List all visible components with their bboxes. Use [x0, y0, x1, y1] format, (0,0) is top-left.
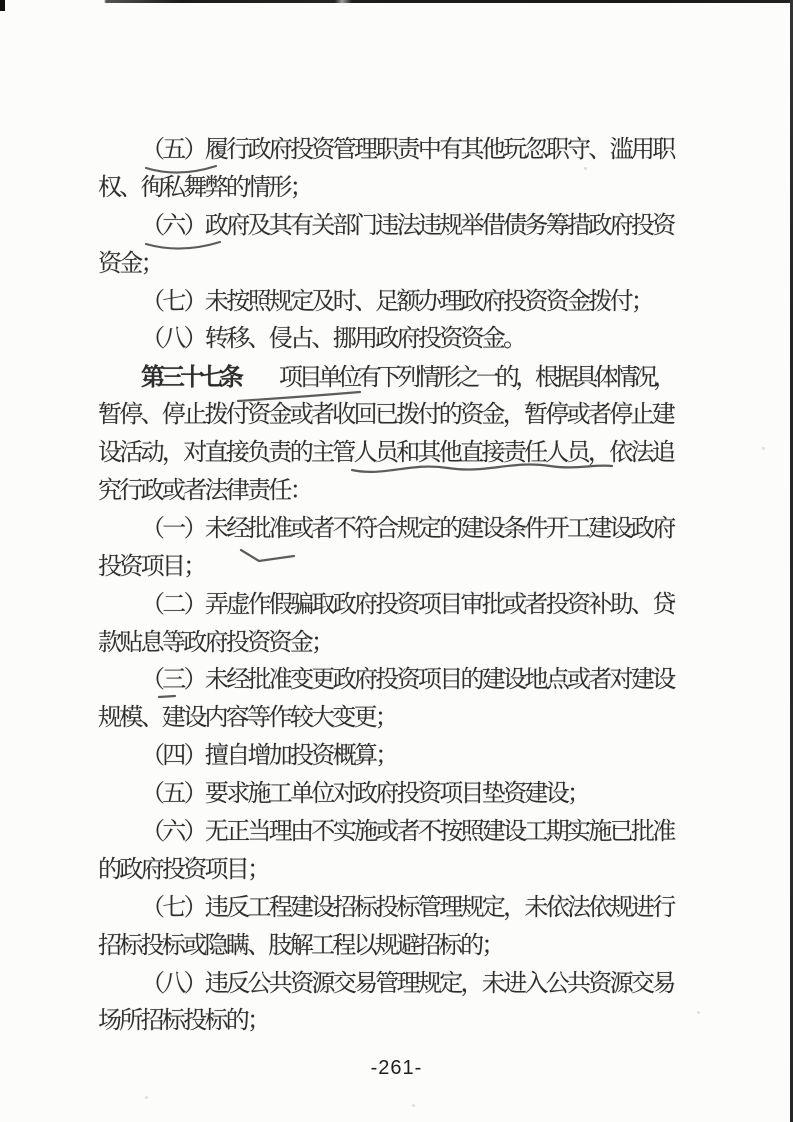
body-text: （五）履行政府投资管理职责中有其他玩忽职守、滥用职 权、徇私舞弊的情形； （六）… — [98, 131, 718, 1040]
text-line: 资金； — [98, 245, 718, 283]
text-line: 究行政或者法律责任： — [98, 472, 718, 510]
text-line: （八）违反公共资源交易管理规定，未进入公共资源交易 — [98, 965, 718, 1003]
scan-edge-top — [0, 0, 793, 3]
text-line: （二）弄虚作假骗取政府投资项目审批或者投资补助、贷 — [98, 586, 718, 624]
text-line: 设活动，对直接负责的主管人员和其他直接责任人员，依法追 — [98, 434, 718, 472]
text-line: （五）履行政府投资管理职责中有其他玩忽职守、滥用职 — [98, 131, 718, 169]
text-line: （六）无正当理由不实施或者不按照建设工期实施已批准 — [98, 813, 718, 851]
article-lead-text: 项目单位有下列情形之一的，根据具体情况， — [240, 363, 673, 391]
article-heading-line: 第三十七条 项目单位有下列情形之一的，根据具体情况， — [98, 358, 718, 396]
scan-speck — [412, 1104, 415, 1107]
article-number: 第三十七条 — [141, 362, 240, 391]
text-line: 投资项目； — [98, 548, 718, 586]
text-line: （八）转移、侵占、挪用政府投资资金。 — [98, 320, 718, 358]
text-line: 款贴息等政府投资资金； — [98, 624, 718, 662]
scan-speck — [145, 1096, 148, 1099]
text-line: 权、徇私舞弊的情形； — [98, 169, 718, 207]
document-page: （五）履行政府投资管理职责中有其他玩忽职守、滥用职 权、徇私舞弊的情形； （六）… — [0, 0, 793, 1122]
page-number: -261- — [0, 1057, 793, 1083]
text-line: （三）未经批准变更政府投资项目的建设地点或者对建设 — [98, 661, 718, 699]
text-line: （四）擅自增加投资概算； — [98, 737, 718, 775]
text-line: 的政府投资项目； — [98, 851, 718, 889]
text-line: 场所招标投标的； — [98, 1002, 718, 1040]
text-line: （七）违反工程建设招标投标管理规定，未依法依规进行 — [98, 889, 718, 927]
scan-blob-topleft — [0, 0, 5, 11]
text-line: （五）要求施工单位对政府投资项目垫资建设； — [98, 775, 718, 813]
scan-speck — [762, 447, 765, 450]
text-line: 招标投标或隐瞒、肢解工程以规避招标的； — [98, 927, 718, 965]
text-line: （一）未经批准或者不符合规定的建设条件开工建设政府 — [98, 510, 718, 548]
text-line: 规模、建设内容等作较大变更； — [98, 699, 718, 737]
text-line: 暂停、停止拨付资金或者收回已拨付的资金，暂停或者停止建 — [98, 396, 718, 434]
text-line: （七）未按照规定及时、足额办理政府投资资金拨付； — [98, 283, 718, 321]
text-line: （六）政府及其有关部门违法违规举借债务筹措政府投资 — [98, 207, 718, 245]
